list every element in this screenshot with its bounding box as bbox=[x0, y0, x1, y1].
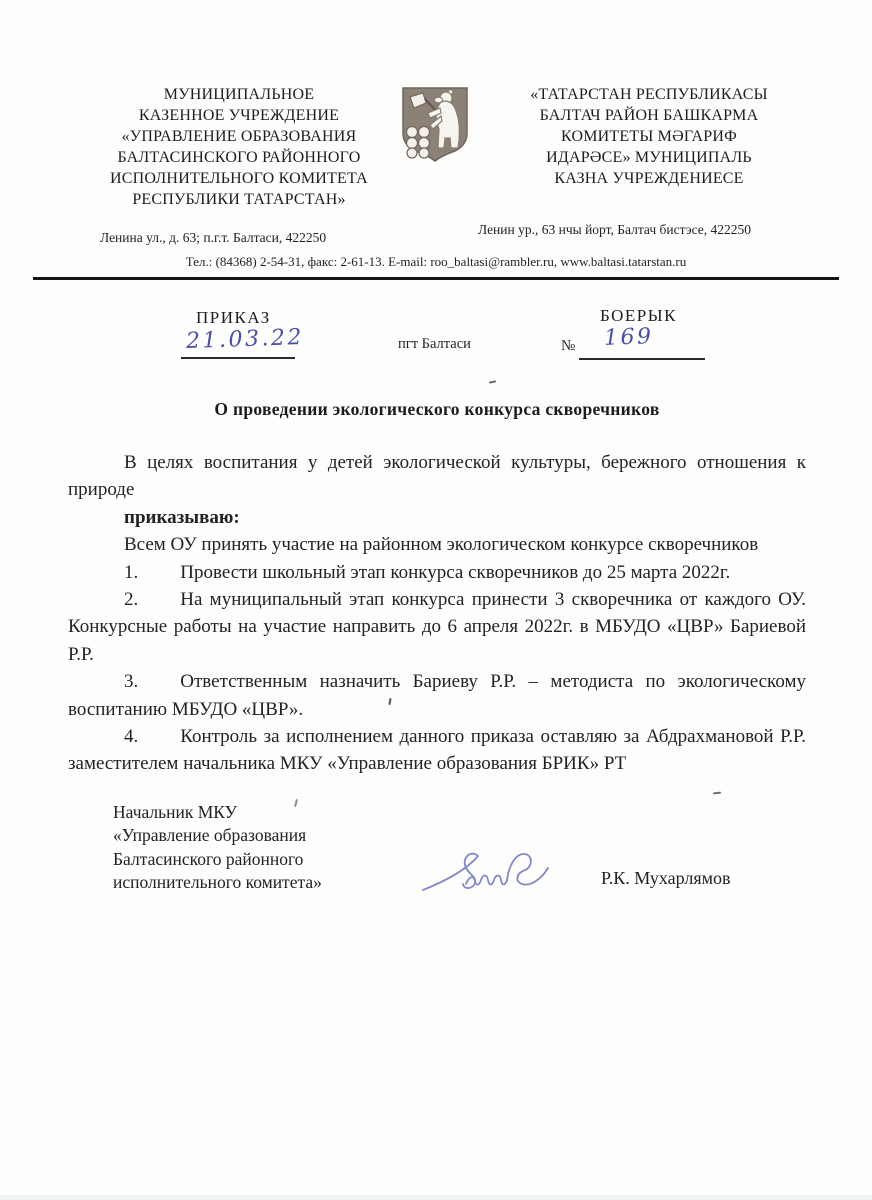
signer-position: Начальник МКУ «Управление образования Ба… bbox=[113, 801, 322, 895]
org-name-russian: МУНИЦИПАЛЬНОЕ КАЗЕННОЕ УЧРЕЖДЕНИЕ «УПРАВ… bbox=[78, 84, 400, 210]
coat-of-arms-icon bbox=[398, 85, 472, 163]
order-item-2: 2.На муниципальный этап конкурса принест… bbox=[68, 586, 806, 668]
item-number: 3. bbox=[124, 671, 138, 692]
org-ru-line: ИСПОЛНИТЕЛЬНОГО КОМИТЕТА bbox=[78, 168, 400, 189]
document-body: В целях воспитания у детей экологической… bbox=[68, 449, 806, 778]
header-divider-rule bbox=[33, 277, 839, 280]
place-name: пгт Балтаси bbox=[398, 336, 471, 353]
date-underline bbox=[181, 357, 295, 359]
document-title: О проведении экологического конкурса скв… bbox=[68, 399, 806, 420]
signer-position-line: исполнительного комитета» bbox=[113, 871, 322, 894]
org-ru-line: МУНИЦИПАЛЬНОЕ bbox=[78, 84, 400, 105]
order-label-russian: ПРИКАЗ bbox=[196, 308, 271, 328]
org-ru-line: РЕСПУБЛИКИ ТАТАРСТАН» bbox=[78, 189, 400, 210]
org-ru-line: БАЛТАСИНСКОГО РАЙОННОГО bbox=[78, 147, 400, 168]
handwritten-date: 21.03.22 bbox=[186, 325, 305, 354]
signer-position-line: «Управление образования bbox=[113, 824, 322, 847]
item-number: 2. bbox=[124, 589, 138, 610]
number-sign: № bbox=[561, 338, 575, 355]
scan-artifact-mark bbox=[713, 792, 721, 795]
org-tt-line: КАЗНА УЧРЕЖДЕНИЕСЕ bbox=[482, 168, 816, 189]
contacts-line: Тел.: (84368) 2-54-31, факс: 2-61-13. E-… bbox=[0, 254, 872, 270]
address-russian: Ленина ул., д. 63; п.г.т. Балтаси, 42225… bbox=[100, 230, 326, 246]
number-underline bbox=[579, 358, 705, 360]
handwritten-order-number: 169 bbox=[604, 324, 654, 351]
signer-position-line: Балтасинского районного bbox=[113, 848, 322, 871]
org-ru-line: КАЗЕННОЕ УЧРЕЖДЕНИЕ bbox=[78, 105, 400, 126]
scan-artifact-mark bbox=[489, 380, 496, 383]
item-number: 4. bbox=[124, 726, 138, 747]
org-tt-line: ИДАРӘСЕ» МУНИЦИПАЛЬ bbox=[482, 147, 816, 168]
order-label-tatar: БОЕРЫК bbox=[600, 306, 677, 326]
signer-name: Р.К. Мухарлямов bbox=[601, 868, 731, 889]
address-tatar: Ленин ур., 63 нчы йорт, Балтач бистэсе, … bbox=[478, 222, 751, 238]
preamble-item: Всем ОУ принять участие на районном экол… bbox=[68, 531, 806, 558]
scan-edge-tint bbox=[0, 1195, 872, 1200]
org-ru-line: «УПРАВЛЕНИЕ ОБРАЗОВАНИЯ bbox=[78, 126, 400, 147]
command-word: приказываю: bbox=[68, 504, 806, 531]
org-tt-line: БАЛТАЧ РАЙОН БАШКАРМА bbox=[482, 105, 816, 126]
item-text: Контроль за исполнением данного приказа … bbox=[68, 726, 806, 774]
handwritten-signature bbox=[420, 843, 570, 908]
scanned-order-document-page: МУНИЦИПАЛЬНОЕ КАЗЕННОЕ УЧРЕЖДЕНИЕ «УПРАВ… bbox=[0, 0, 872, 1200]
item-number: 1. bbox=[124, 562, 138, 583]
order-item-3: 3.Ответственным назначить Бариеву Р.Р. –… bbox=[68, 668, 806, 723]
item-text: На муниципальный этап конкурса принести … bbox=[68, 589, 806, 665]
intro-paragraph: В целях воспитания у детей экологической… bbox=[68, 449, 806, 504]
order-item-4: 4.Контроль за исполнением данного приказ… bbox=[68, 723, 806, 778]
item-text: Ответственным назначить Бариеву Р.Р. – м… bbox=[68, 671, 806, 719]
signer-position-line: Начальник МКУ bbox=[113, 801, 322, 824]
item-text: Провести школьный этап конкурса скворечн… bbox=[180, 562, 730, 583]
org-name-tatar: «ТАТАРСТАН РЕСПУБЛИКАСЫ БАЛТАЧ РАЙОН БАШ… bbox=[482, 84, 816, 189]
org-tt-line: КОМИТЕТЫ МӘГАРИФ bbox=[482, 126, 816, 147]
org-tt-line: «ТАТАРСТАН РЕСПУБЛИКАСЫ bbox=[482, 84, 816, 105]
order-item-1: 1.Провести школьный этап конкурса скворе… bbox=[68, 559, 806, 586]
